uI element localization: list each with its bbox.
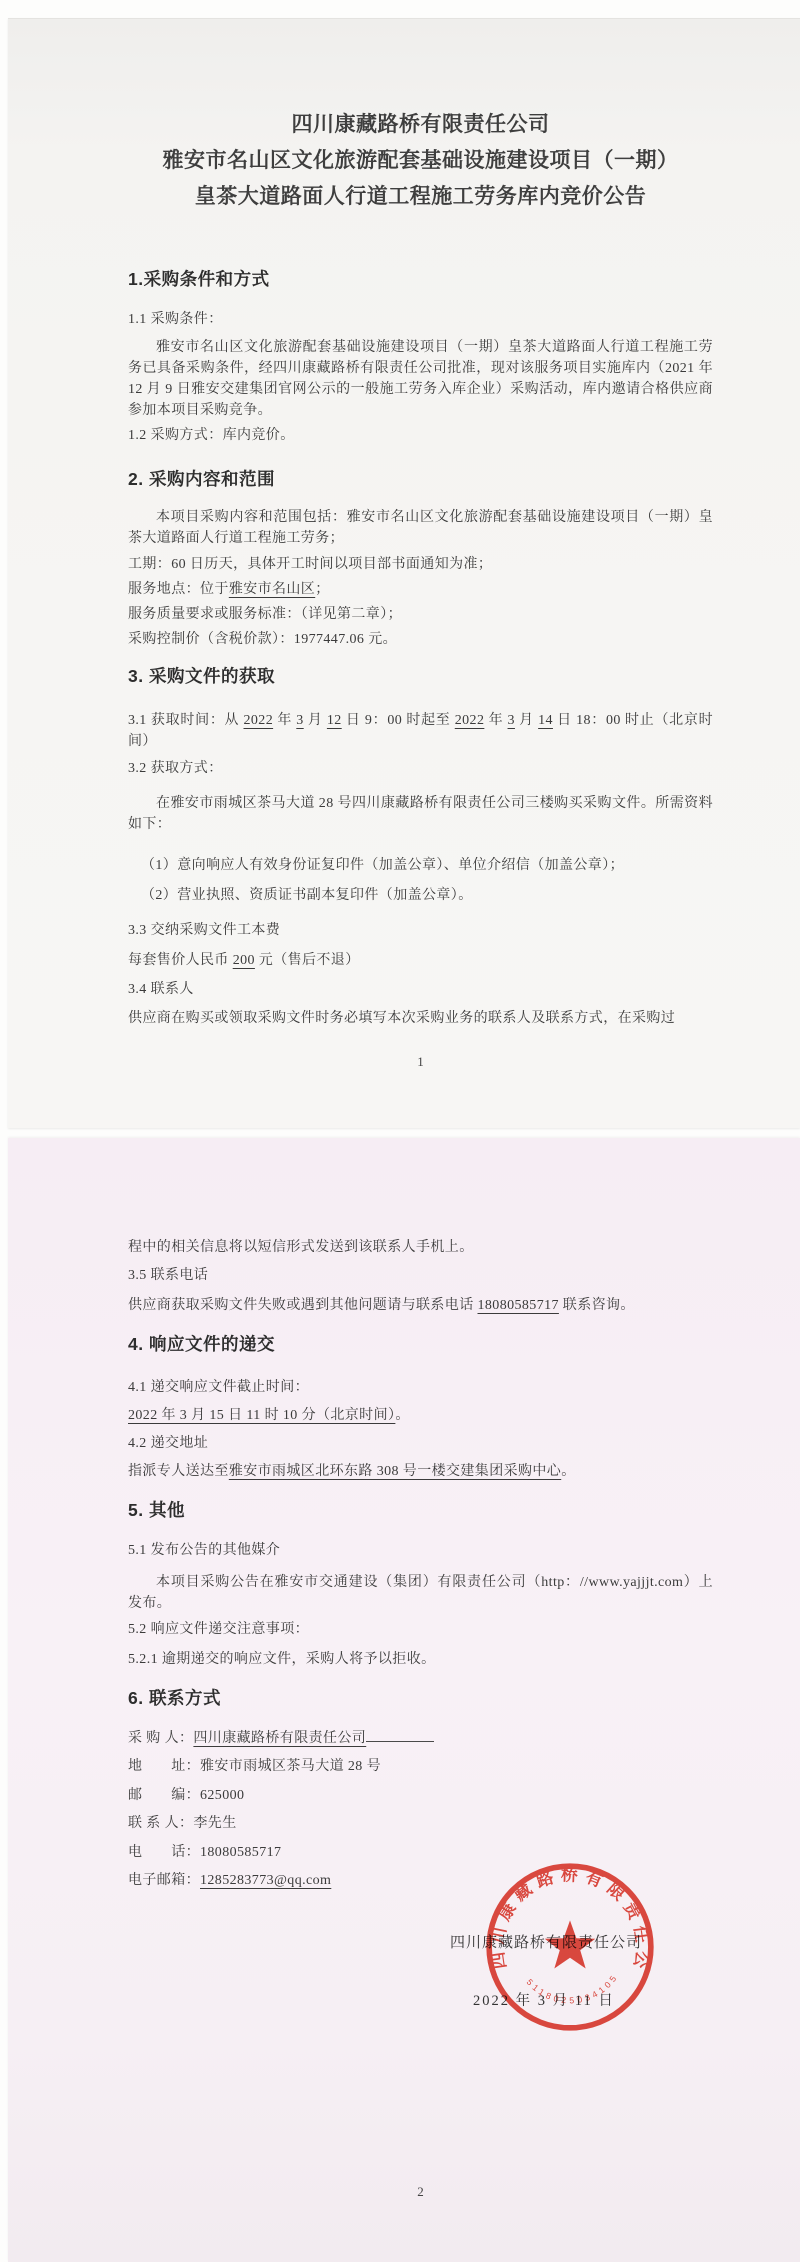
section-6-heading: 6. 联系方式	[128, 1686, 713, 1710]
address-value: 雅安市雨城区茶马大道 28 号	[200, 1759, 381, 1774]
publication-paragraph: 本项目采购公告在雅安市交通建设（集团）有限责任公司（http：//www.yaj…	[128, 1572, 713, 1614]
document-title-line-1: 四川康藏路桥有限责任公司	[128, 107, 713, 143]
deadline-line: 2022 年 3 月 15 日 11 时 10 分（北京时间）。	[128, 1405, 713, 1426]
clause-5-1-label: 5.1 发布公告的其他媒介	[128, 1540, 713, 1561]
company-seal: 四川康藏路桥有限责任公司 5118025034105	[483, 1860, 657, 2034]
clause-3-1-time: 3.1 获取时间：从 2022 年 3 月 12 日 9：00 时起至 2022…	[128, 710, 713, 752]
contact-person-value: 李先生	[193, 1816, 236, 1831]
clause-3-2-label: 3.2 获取方式：	[128, 758, 713, 779]
email-label: 电子邮箱：	[128, 1873, 200, 1888]
clause-5-2-label: 5.2 响应文件递交注意事项：	[128, 1619, 713, 1640]
duration-line: 工期：60 日历天，具体开工时间以项目部书面通知为准；	[128, 554, 713, 575]
document-title-line-3: 皇茶大道路面人行道工程施工劳务库内竞价公告	[128, 179, 713, 215]
buyer-value: 四川康藏路桥有限责任公司	[193, 1731, 366, 1746]
location-suffix: ；	[315, 582, 329, 597]
clause-3-2-paragraph: 在雅安市雨城区茶马大道 28 号四川康藏路桥有限责任公司三楼购买采购文件。所需资…	[128, 793, 713, 835]
clause-5-2-1: 5.2.1 逾期递交的响应文件，采购人将予以拒收。	[128, 1649, 713, 1670]
page-number-2: 2	[128, 2184, 713, 2200]
phone-help-line: 供应商获取采购文件失败或遇到其他问题请与联系电话 18080585717 联系咨…	[128, 1295, 713, 1316]
clause-3-4-label: 3.4 联系人	[128, 979, 713, 1000]
location-value: 雅安市名山区	[229, 582, 315, 597]
location-prefix: 服务地点：位于	[128, 582, 229, 597]
contact-person-label: 联 系 人：	[128, 1816, 193, 1831]
clause-3-5-label: 3.5 联系电话	[128, 1265, 713, 1286]
section-2-heading: 2. 采购内容和范围	[128, 467, 713, 491]
scanned-document: 四川康藏路桥有限责任公司 雅安市名山区文化旅游配套基础设施建设项目（一期） 皇茶…	[0, 0, 800, 2262]
seal-star-icon	[545, 1920, 596, 1968]
address-row: 地 址：雅安市雨城区茶马大道 28 号	[128, 1756, 713, 1777]
clause-1-1-label: 1.1 采购条件：	[128, 309, 713, 330]
email-value: 1285283773@qq.com	[200, 1873, 331, 1888]
fee-line: 每套售价人民币 200 元（售后不退）	[128, 950, 713, 971]
location-line: 服务地点：位于雅安市名山区；	[128, 579, 713, 600]
scope-paragraph: 本项目采购内容和范围包括：雅安市名山区文化旅游配套基础设施建设项目（一期）皇茶大…	[128, 507, 713, 549]
section-1-heading: 1.采购条件和方式	[128, 267, 713, 291]
zip-label: 邮 编：	[128, 1788, 200, 1803]
contact-note-paragraph: 供应商在购买或领取采购文件时务必填写本次采购业务的联系人及联系方式，在采购过	[128, 1008, 713, 1029]
required-document-item-1: （1）意向响应人有效身份证复印件（加盖公章）、单位介绍信（加盖公章）；	[128, 855, 713, 876]
clause-1-2: 1.2 采购方式：库内竞价。	[128, 425, 713, 446]
page-1: 四川康藏路桥有限责任公司 雅安市名山区文化旅游配套基础设施建设项目（一期） 皇茶…	[8, 18, 800, 1128]
telephone-label: 电 话：	[128, 1845, 200, 1860]
clause-4-2-label: 4.2 递交地址	[128, 1433, 713, 1454]
clause-1-1-paragraph: 雅安市名山区文化旅游配套基础设施建设项目（一期）皇茶大道路面人行道工程施工劳务已…	[128, 337, 713, 421]
buyer-label: 采 购 人：	[128, 1731, 193, 1746]
page-2: 程中的相关信息将以短信形式发送到该联系人手机上。 3.5 联系电话 供应商获取采…	[8, 1138, 800, 2262]
zip-row: 邮 编：625000	[128, 1785, 713, 1806]
contact-person-row: 联 系 人：李先生	[128, 1813, 713, 1834]
telephone-value: 18080585717	[200, 1845, 281, 1860]
document-title-line-2: 雅安市名山区文化旅游配套基础设施建设项目（一期）	[128, 143, 713, 179]
clause-3-3-label: 3.3 交纳采购文件工本费	[128, 920, 713, 941]
zip-value: 625000	[200, 1788, 244, 1803]
section-3-heading: 3. 采购文件的获取	[128, 664, 713, 688]
delivery-address-line: 指派专人送达至雅安市雨城区北环东路 308 号一楼交建集团采购中心。	[128, 1461, 713, 1482]
clause-4-1-label: 4.1 递交响应文件截止时间：	[128, 1377, 713, 1398]
section-5-heading: 5. 其他	[128, 1498, 713, 1522]
underline-extension	[366, 1727, 434, 1742]
buyer-row: 采 购 人：四川康藏路桥有限责任公司	[128, 1727, 713, 1749]
address-label: 地 址：	[128, 1759, 200, 1774]
section-4-heading: 4. 响应文件的递交	[128, 1332, 713, 1356]
contact-note-continued: 程中的相关信息将以短信形式发送到该联系人手机上。	[128, 1138, 713, 1258]
page-number-1: 1	[128, 1054, 713, 1070]
seal-number-text: 5118025034105	[524, 1971, 620, 2005]
control-price-line: 采购控制价（含税价款）：1977447.06 元。	[128, 629, 713, 650]
required-document-item-2: （2）营业执照、资质证书副本复印件（加盖公章）。	[128, 885, 713, 906]
quality-line: 服务质量要求或服务标准：（详见第二章）；	[128, 604, 713, 625]
